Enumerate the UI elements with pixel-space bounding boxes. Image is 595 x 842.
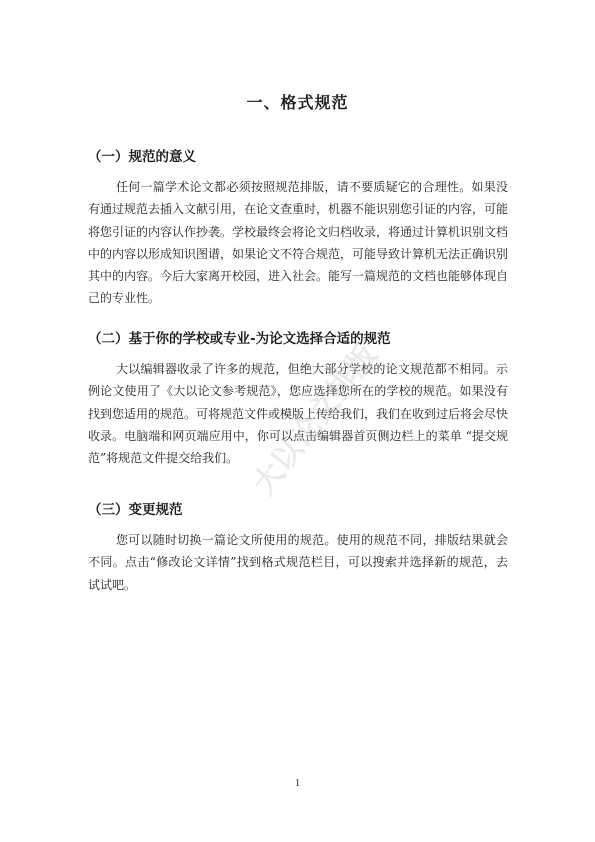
- section-heading-3: （三）变更规范: [88, 498, 183, 518]
- section-paragraph-2: 大以编辑器收录了许多的规范，但绝大部分学校的论文规范都不相同。示例论文使用了《大…: [88, 358, 508, 469]
- page-title: 一、格式规范: [0, 90, 595, 113]
- section-heading-2: （二）基于你的学校或专业-为论文选择合适的规范: [88, 327, 391, 347]
- document-page: 一、格式规范 （一）规范的意义 任何一篇学术论文都必须按照规范排版，请不要质疑它…: [0, 0, 595, 842]
- page-number: 1: [0, 777, 595, 789]
- section-paragraph-1: 任何一篇学术论文都必须按照规范排版，请不要质疑它的合理性。如果没有通过规范去插入…: [88, 176, 508, 310]
- section-heading-1: （一）规范的意义: [88, 145, 196, 165]
- section-paragraph-3: 您可以随时切换一篇论文所使用的规范。使用的规范不同，排版结果就会不同。点击“修改…: [88, 529, 508, 596]
